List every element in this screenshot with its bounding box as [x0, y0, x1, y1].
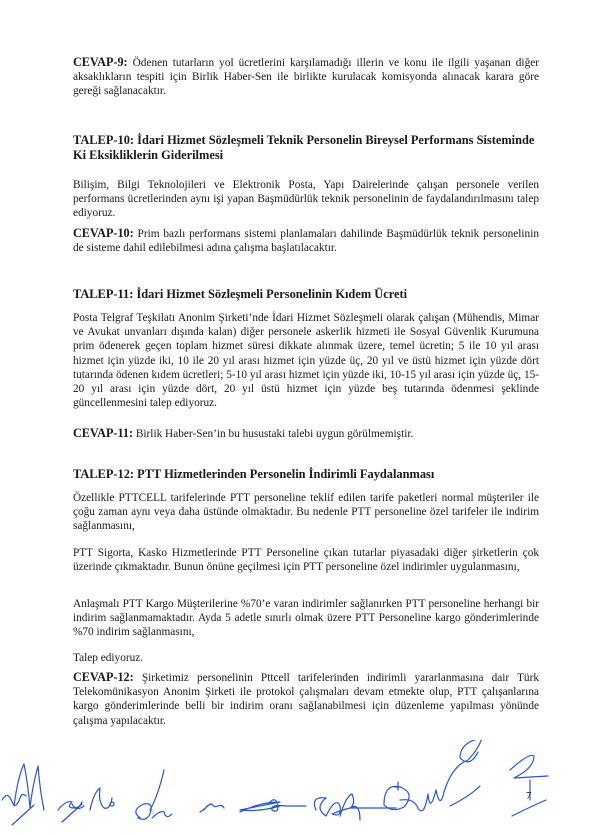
cevap-11-text: Birlik Haber-Sen’in bu husustaki talebi … [133, 428, 413, 440]
cevap-9-label: CEVAP-9: [73, 55, 128, 69]
talep-10-body: Bilişim, Bilgi Teknolojileri ve Elektron… [73, 178, 539, 221]
cevap-10-text: Prim bazlı performans sistemi planlamala… [73, 228, 539, 254]
cevap-11: CEVAP-11: Birlik Haber-Sen’in bu hususta… [73, 426, 539, 441]
cevap-12: CEVAP-12: Şirketimiz personelinin Pttcel… [73, 670, 539, 728]
talep-11-body: Posta Telgraf Teşkilatı Anonim Şirketi’n… [73, 311, 539, 410]
talep-12-paragraph-4: Talep ediyoruz. [73, 651, 539, 665]
cevap-9-text: Ödenen tutarların yol ücretlerini karşıl… [73, 57, 539, 97]
talep-11-heading: TALEP-11: İdari Hizmet Sözleşmeli Person… [73, 287, 539, 302]
talep-10-heading: TALEP-10: İdari Hizmet Sözleşmeli Teknik… [73, 133, 539, 163]
cevap-11-label: CEVAP-11: [73, 426, 133, 440]
cevap-12-text: Şirketimiz personelinin Pttcell tarifele… [73, 672, 539, 727]
cevap-10: CEVAP-10: Prim bazlı performans sistemi … [73, 226, 539, 255]
signatures [0, 740, 592, 835]
page-number: 7 [526, 790, 532, 802]
cevap-10-label: CEVAP-10: [73, 226, 134, 240]
talep-12-paragraph-1: Özellikle PTTCELL tarifelerinde PTT pers… [73, 491, 539, 534]
signature-scribbles [2, 740, 548, 825]
talep-12-paragraph-3: Anlaşmalı PTT Kargo Müşterilerine %70’e … [73, 597, 539, 640]
talep-12-heading: TALEP-12: PTT Hizmetlerinden Personelin … [73, 467, 539, 482]
cevap-9: CEVAP-9: Ödenen tutarların yol ücretleri… [73, 55, 539, 99]
cevap-12-label: CEVAP-12: [73, 670, 134, 684]
talep-12-paragraph-2: PTT Sigorta, Kasko Hizmetlerinde PTT Per… [73, 546, 539, 574]
